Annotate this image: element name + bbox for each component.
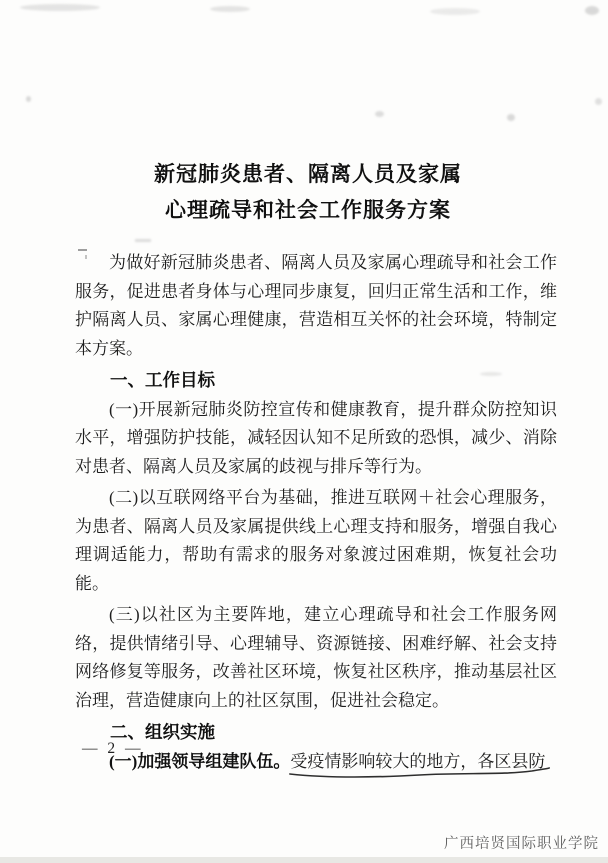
- page-number: — 2 —: [82, 740, 144, 758]
- footer-watermark: 广西培贤国际职业学院: [444, 832, 599, 853]
- scan-artifact: [430, 8, 480, 15]
- document-title-line-2: 心理疏导和社会工作服务方案: [60, 192, 556, 228]
- document-title: 新冠肺炎患者、隔离人员及家属 心理疏导和社会工作服务方案: [60, 156, 556, 228]
- document-body: 为做好新冠肺炎患者、隔离人员及家属心理疏导和社会工作服务，促进患者身体与心理同步…: [75, 249, 557, 779]
- paragraph-goal-3: (三)以社区为主要阵地，建立心理疏导和社会工作服务网络，提供情绪引导、心理辅导、…: [75, 601, 557, 715]
- scan-artifact: [26, 96, 31, 102]
- scan-artifact: [585, 6, 599, 15]
- heading-work-goals: 一、工作目标: [75, 366, 557, 395]
- scan-artifact: [210, 6, 250, 12]
- scan-artifact: [135, 239, 151, 242]
- scan-artifact: [20, 4, 100, 11]
- scan-artifact: [595, 98, 602, 105]
- paragraph-intro: 为做好新冠肺炎患者、隔离人员及家属心理疏导和社会工作服务，促进患者身体与心理同步…: [75, 249, 557, 363]
- scan-artifact: [375, 111, 384, 117]
- document-title-line-1: 新冠肺炎患者、隔离人员及家属: [60, 156, 556, 192]
- paragraph-org-1-underlined-run: 受疫情影响较大的地方，各区县防: [290, 752, 545, 771]
- hand-drawn-underline: [288, 767, 551, 779]
- scan-bottom-edge: [0, 857, 608, 863]
- scanned-document-page: 新冠肺炎患者、隔离人员及家属 心理疏导和社会工作服务方案 为做好新冠肺炎患者、隔…: [0, 0, 608, 863]
- heading-organization: 二、组织实施: [75, 718, 557, 747]
- paragraph-goal-2: (二)以互联网络平台为基础，推进互联网＋社会心理服务，为患者、隔离人员及家属提供…: [75, 484, 557, 598]
- paragraph-goal-1: (一)开展新冠肺炎防控宣传和健康教育，提升群众防控知识水平，增强防护技能，减轻因…: [75, 396, 557, 482]
- paragraph-org-1: (一)加强领导组建队伍。受疫情影响较大的地方，各区县防: [75, 748, 557, 777]
- scan-artifact: [507, 114, 515, 121]
